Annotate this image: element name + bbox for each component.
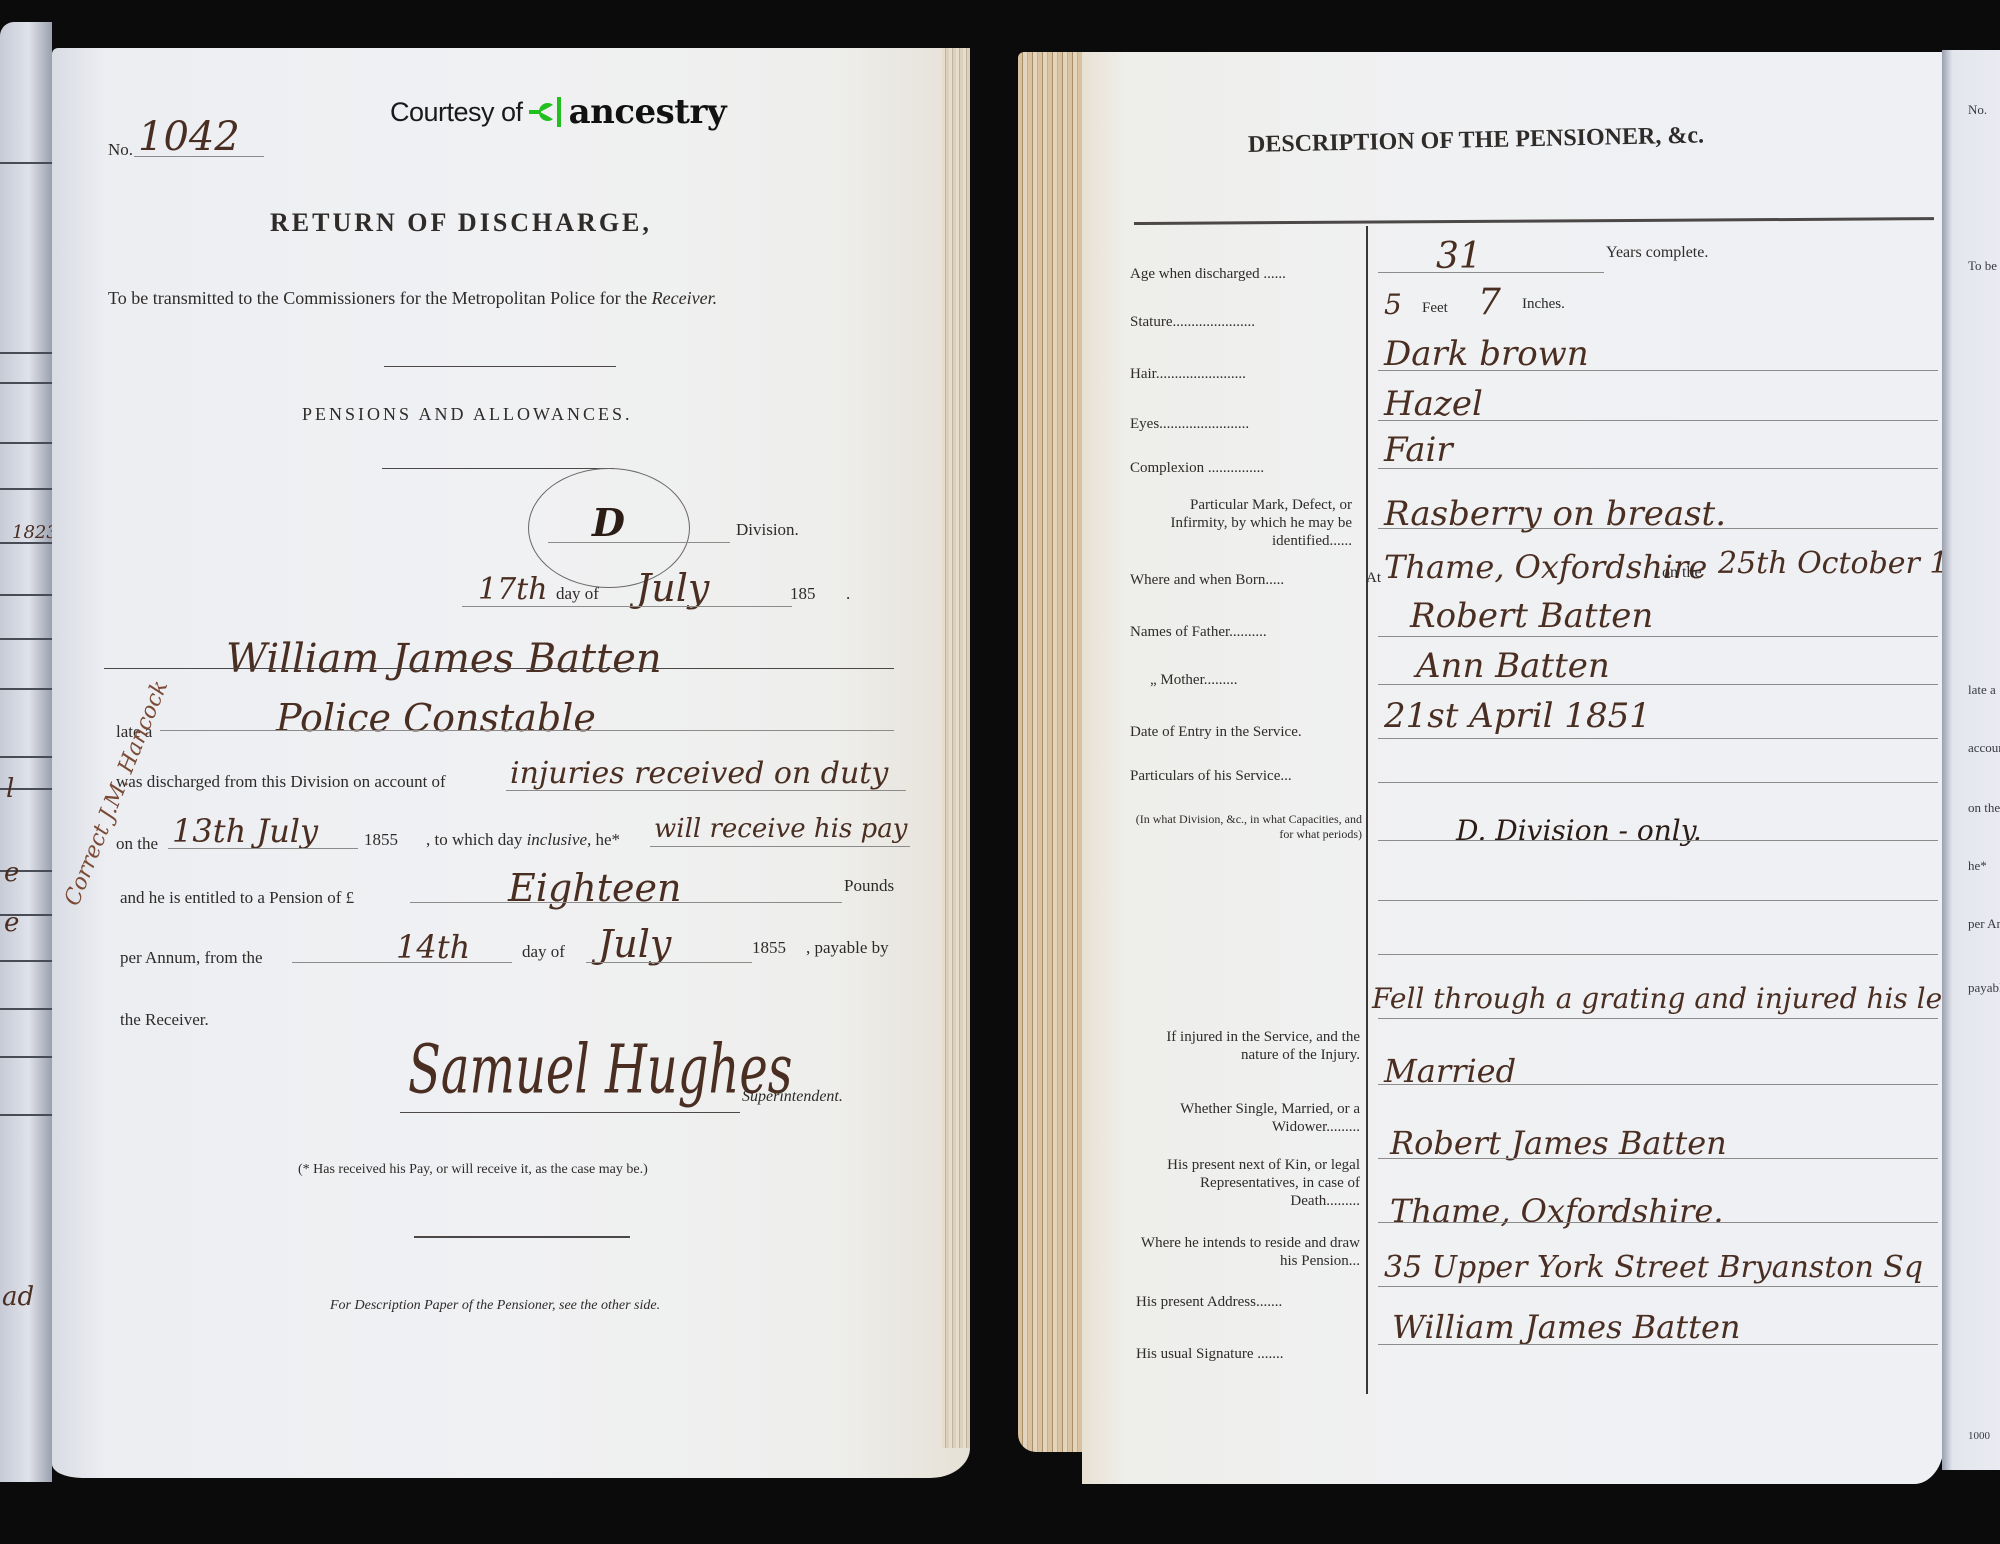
discharge-reason: injuries received on duty — [510, 756, 888, 791]
pension-start-day: 14th — [396, 928, 470, 966]
pension-year: 1855 — [752, 938, 786, 958]
edge-fragment: e — [4, 908, 19, 938]
value-entry-date: 21st April 1851 — [1384, 696, 1651, 736]
subtitle-receiver: Receiver. — [652, 288, 717, 308]
value-birthplace: Thame, Oxfordshire — [1384, 548, 1707, 586]
pension-day-of: day of — [522, 942, 565, 962]
label-father: Names of Father.......... — [1130, 624, 1267, 641]
value-address: 35 Upper York Street Bryanston Sq — [1384, 1250, 1923, 1285]
edge-fragment: e — [4, 858, 19, 888]
date-year-suffix: . — [846, 584, 850, 604]
label-injury: If injured in the Service, and the natur… — [1130, 1028, 1360, 1064]
label-residence: Where he intends to reside and draw his … — [1130, 1234, 1360, 1270]
footnote: (* Has received his Pay, or will receive… — [298, 1162, 648, 1178]
edge-right-fragment: on the — [1968, 800, 2000, 816]
footer-note: For Description Paper of the Pensioner, … — [330, 1298, 660, 1314]
pension-amount: Eighteen — [508, 866, 681, 910]
value-father: Robert Batten — [1410, 596, 1653, 636]
inclusive-suffix: he* — [596, 830, 621, 849]
pay-status: will receive his pay — [654, 814, 907, 844]
left-page-fore-edge — [942, 48, 970, 1448]
superintendent-signature: Samuel Hughes — [408, 1031, 792, 1109]
born-mid: on the — [1662, 564, 1702, 582]
edge-right-fragment: late a — [1968, 682, 1996, 698]
inclusive-prefix: , to which day — [426, 830, 522, 849]
discharge-year: 1855 — [364, 830, 398, 850]
edge-right-fragment: account — [1968, 740, 2000, 756]
record-number: 1042 — [138, 114, 240, 160]
edge-right-page-number: 1000 — [1968, 1430, 1990, 1442]
label-born: Where and when Born..... — [1130, 572, 1284, 589]
on-the-label: on the — [116, 834, 158, 854]
per-annum-label: per Annum, from the — [120, 948, 263, 968]
ancestry-leaf-icon — [527, 95, 565, 129]
edge-right-fragment: payable — [1968, 980, 2000, 996]
label-entry-date: Date of Entry in the Service. — [1130, 724, 1302, 741]
feet-label: Feet — [1422, 300, 1448, 317]
label-marital-status: Whether Single, Married, or a Widower...… — [1130, 1100, 1360, 1136]
watermark-brand: ancestry — [569, 92, 727, 132]
edge-year-fragment: 1823 — [12, 522, 58, 543]
right-page-fore-edge — [1018, 52, 1088, 1452]
value-injury: Fell through a grating and injured his l… — [1372, 982, 1960, 1015]
edge-right-fragment: No. — [1968, 102, 1987, 118]
division-label: Division. — [736, 520, 799, 540]
label-service-detail: (In what Division, &c., in what Capaciti… — [1130, 812, 1362, 842]
label-stature: Stature...................... — [1130, 314, 1255, 331]
date-day-of: day of — [556, 584, 599, 604]
value-age: 31 — [1436, 236, 1482, 277]
description-column-divider — [1366, 226, 1368, 1394]
payable-by: , payable by — [806, 938, 889, 958]
inclusive-italic: inclusive, — [527, 830, 592, 849]
pension-start-month: July — [598, 922, 671, 966]
edge-fragment: l — [6, 774, 14, 804]
date-day: 17th — [478, 572, 548, 607]
subtitle-text: To be transmitted to the Commissioners f… — [108, 288, 647, 308]
label-eyes: Eyes........................ — [1130, 416, 1249, 433]
suffix-age: Years complete. — [1606, 244, 1708, 262]
watermark-courtesy-text: Courtesy of — [390, 97, 523, 128]
edge-right-fragment: he* — [1968, 858, 1987, 874]
label-mother: „ Mother......... — [1150, 672, 1238, 689]
label-particular-mark: Particular Mark, Defect, or Infirmity, b… — [1130, 496, 1352, 550]
value-residence: Thame, Oxfordshire. — [1390, 1192, 1724, 1230]
page-title: RETURN OF DISCHARGE, — [270, 208, 652, 238]
superintendent-label: Superintendent. — [742, 1088, 843, 1106]
born-prefix: At — [1366, 570, 1381, 587]
pounds-label: Pounds — [844, 876, 894, 896]
value-stature-inches: 7 — [1478, 282, 1501, 323]
edge-right-fragment: To be — [1968, 258, 1997, 274]
label-hair: Hair........................ — [1130, 366, 1246, 383]
date-year: 185 — [790, 584, 816, 604]
pensioner-name: William James Batten — [226, 636, 662, 682]
division-value: D — [592, 500, 625, 545]
label-signature: His usual Signature ....... — [1136, 1346, 1284, 1363]
rank: Police Constable — [276, 696, 596, 740]
ancestry-watermark: Courtesy of ancestry — [390, 92, 726, 132]
value-service: D. Division - only. — [1456, 814, 1702, 847]
value-next-of-kin: Robert James Batten — [1390, 1124, 1727, 1162]
value-signature: William James Batten — [1392, 1308, 1741, 1346]
previous-page-edge: 1823 l e e ad — [0, 22, 52, 1482]
date-month: July — [636, 566, 709, 610]
inclusive-text: , to which day inclusive, he* — [426, 830, 620, 850]
page-subtitle: To be transmitted to the Commissioners f… — [108, 288, 717, 309]
label-age: Age when discharged ...... — [1130, 266, 1286, 283]
section-heading: PENSIONS AND ALLOWANCES. — [302, 404, 633, 425]
value-mother: Ann Batten — [1416, 646, 1610, 686]
discharged-label: was discharged from this Division on acc… — [116, 772, 446, 792]
label-complexion: Complexion ............... — [1130, 460, 1264, 477]
value-complexion: Fair — [1384, 430, 1453, 470]
record-number-label: No. — [108, 140, 133, 160]
label-next-of-kin: His present next of Kin, or legal Repres… — [1130, 1156, 1360, 1210]
pension-label: and he is entitled to a Pension of £ — [120, 888, 354, 908]
value-hair: Dark brown — [1384, 334, 1589, 374]
the-receiver-label: the Receiver. — [120, 1010, 209, 1030]
edge-fragment: ad — [2, 1282, 34, 1312]
next-page-edge: No. To be late a account on the he* per … — [1942, 50, 2000, 1470]
label-service: Particulars of his Service... — [1130, 768, 1292, 785]
value-eyes: Hazel — [1384, 384, 1483, 424]
inches-label: Inches. — [1522, 296, 1565, 313]
label-address: His present Address....... — [1136, 1294, 1282, 1311]
value-stature-feet: 5 — [1384, 288, 1402, 321]
discharge-date: 13th July — [172, 812, 318, 850]
edge-right-fragment: per An — [1968, 916, 2000, 932]
